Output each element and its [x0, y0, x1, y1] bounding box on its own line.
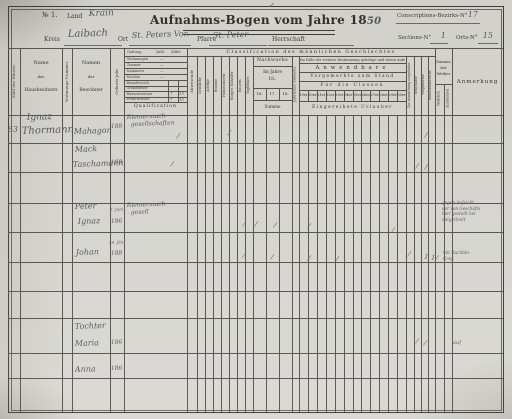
birth-year: 186: [111, 218, 123, 225]
nachwuchs-sub1: Im Jahre: [253, 70, 292, 75]
grid-line-horizontal: [435, 84, 452, 85]
age-class-header: 21er: [317, 93, 326, 97]
age-class-header: 27er: [370, 93, 379, 97]
grid-line-horizontal: [299, 63, 406, 64]
land-label: Land: [67, 13, 82, 20]
qual-footer: Qualification: [124, 104, 187, 109]
birth-year: 186: [111, 339, 123, 346]
qual-row-label: Küchen: [127, 75, 140, 79]
age-class-header: 30er: [397, 93, 406, 97]
tax-row-label: Grundsteuer: [127, 86, 148, 90]
owner-first-name: Ignaz: [27, 112, 53, 123]
anw-bottom: Eingereihete Urlauber: [299, 105, 406, 110]
age-class-header: 25er: [353, 93, 362, 97]
resident-name: Maria: [75, 338, 99, 348]
qual-row-label: Zimmer: [127, 63, 141, 67]
grid-line-horizontal: [253, 66, 292, 67]
grid-line-vertical: [308, 115, 309, 412]
grid-line-horizontal: [8, 232, 503, 233]
age-class-header: 28er: [379, 93, 388, 97]
age-class-header: 26er: [361, 93, 370, 97]
nachwuchs-col-18: 18.: [279, 91, 292, 96]
nachwuchs-col-17: 17.: [266, 91, 279, 96]
grid-line-horizontal: [124, 102, 187, 103]
col-header-absent: Abwesende: [187, 48, 197, 115]
check-mark: ✓: [268, 1, 275, 10]
weiber-col-2: Zusammen: [444, 86, 453, 112]
weiber-title-1: Summe: [435, 59, 452, 64]
ort-label: Ort: [118, 36, 128, 43]
rule: [430, 43, 448, 44]
age-class-header: 29er: [388, 93, 397, 97]
grid-line-horizontal: [8, 203, 503, 204]
note-line: der von Geschäfts: [442, 206, 480, 211]
tax-row-label: Erwerbsteuer: [127, 97, 150, 101]
owner-last-name: Thormann: [22, 124, 75, 137]
col-header-birthyear: Geburts-Jahr: [110, 48, 124, 115]
grid-line-vertical: [361, 115, 362, 412]
relation-label: Tochter: [75, 321, 106, 331]
grid-line-horizontal: [8, 48, 503, 49]
right-column-header: Zur Assentirung vorgeladen: [406, 58, 413, 112]
grid-line-horizontal: [253, 100, 292, 101]
herrschaft-label: Herrschaft: [272, 36, 305, 43]
nachwuchs-col-16: 16.: [253, 91, 266, 96]
rule: [129, 45, 191, 46]
col-header-owner-3: Hausbesitzers: [20, 88, 62, 93]
rule: [64, 45, 122, 46]
grid-line-vertical: [72, 48, 73, 412]
grid-line-vertical: [444, 84, 445, 412]
grid-line-vertical: [397, 115, 398, 412]
title-year: 50: [367, 16, 382, 27]
classification-title: Classification des männlichen Geschlecht…: [187, 50, 435, 55]
grid-line-vertical: [435, 48, 436, 412]
grid-line-horizontal: [8, 262, 503, 263]
weiber-title-2: der: [435, 65, 452, 70]
note-line: hier gestellt bei: [442, 211, 476, 216]
col-header-residents-3: Bewohner: [72, 88, 110, 93]
grid-line-vertical: [110, 48, 111, 412]
birth-date: 2. Juni: [110, 207, 123, 212]
tax-value-kr: 35: [179, 91, 184, 96]
category-column-header: Bürger, Künstler: [229, 58, 237, 113]
qual-head-2: Zahl: [156, 50, 164, 54]
tax-value-fl: 7: [170, 91, 173, 96]
occupation-line: gesell: [131, 208, 149, 216]
page-title: Aufnahms-Bogen vom Jahre 1850: [150, 13, 370, 27]
grid-line-horizontal: [299, 81, 406, 82]
resident-name: Mack: [75, 144, 98, 154]
note-line: mit Buchbin-: [443, 250, 470, 255]
anw-smallprint: Im Falle der weitern Bestimmung gehörige…: [300, 58, 405, 62]
land-value: Krain: [89, 8, 114, 19]
rule: [478, 43, 498, 44]
qual-row-label: Wohnungen: [127, 57, 148, 61]
kreis-value: Laibach: [68, 28, 109, 40]
birth-year: 188: [111, 250, 123, 257]
grid-line-horizontal: [8, 318, 503, 319]
grid-line-vertical: [253, 56, 254, 412]
grid-line-vertical: [379, 115, 380, 412]
sections-label: Sections-N°: [398, 35, 431, 41]
qual-row-value: —: [160, 75, 164, 79]
qual-row-label: Kammern: [127, 69, 144, 73]
conscription-label: Conscriptions-Bezirks-N°: [397, 13, 468, 19]
right-column-header: Vorgemerkte: [420, 58, 427, 112]
sections-value: 1: [441, 31, 446, 40]
category-column-header: Geistliche: [197, 58, 205, 113]
category-column-header: Adelige: [205, 58, 213, 113]
orts-label: Orts-N°: [456, 35, 478, 41]
census-form-page: № 1. Land Krain ✓ Aufnahms-Bogen vom Jah…: [0, 0, 512, 419]
grid-line-horizontal: [8, 291, 503, 292]
weiber-title-3: Weiber: [435, 71, 452, 76]
grid-line-vertical: [266, 115, 267, 412]
nachwuchs-summe: Summe: [253, 104, 292, 109]
resident-name: Ignaz: [78, 216, 101, 226]
grid-line-horizontal: [299, 101, 406, 102]
grid-line-vertical: [452, 48, 453, 412]
category-column-header: Taglöhner: [245, 58, 253, 113]
grid-line-vertical: [299, 56, 300, 412]
kreis-label: Kreis: [44, 36, 60, 43]
conscription-value: 17: [468, 10, 478, 19]
anmerkung-header: Anmerkung: [452, 79, 503, 85]
right-column-header: Beurlaubte: [413, 58, 420, 112]
rule: [209, 45, 267, 46]
resident-name: Anna: [75, 364, 96, 374]
grid-line-horizontal: [299, 90, 406, 91]
birth-year: 188: [111, 159, 123, 166]
tax-value-fl: 7: [170, 97, 173, 102]
nachwuchs-sub2: 18..: [253, 77, 292, 82]
right-column-header: Bemerkenswerthe: [427, 58, 434, 112]
grid-line-horizontal: [8, 172, 503, 173]
grid-line-vertical: [335, 115, 336, 412]
grid-line-horizontal: [299, 72, 406, 73]
grid-line-vertical: [279, 88, 280, 100]
qual-row-value: —: [160, 63, 164, 67]
title-text: Aufnahms-Bogen vom Jahre 18: [150, 13, 367, 27]
grid-line-vertical: [20, 48, 21, 412]
birth-date: 29. Jän.: [109, 239, 125, 245]
grid-line-vertical: [326, 115, 327, 412]
category-column-header: Beamte: [213, 58, 221, 113]
remark-note: auf: [453, 341, 461, 347]
house-number: 63: [8, 125, 18, 134]
anw-line2: Vorgemerkte zum Stand: [299, 74, 406, 79]
grid-line-vertical: [344, 115, 345, 412]
tax-row-label: Brandversich.: [127, 81, 150, 85]
col-header-dwelling: Wohnungs-Nummer: [62, 48, 72, 115]
anw-line3: Für die Classen: [299, 83, 406, 88]
tally-mark: 1/: [430, 254, 438, 263]
form-number: № 1.: [42, 11, 58, 19]
grid-line-vertical: [388, 115, 389, 412]
grid-line-vertical: [292, 56, 293, 412]
tax-row-label: Hauszinssteuer: [127, 92, 153, 96]
grid-line-horizontal: [8, 378, 503, 379]
grid-line-vertical: [266, 88, 267, 100]
grid-line-horizontal: [8, 143, 503, 144]
tax-value-kr: 35: [179, 97, 184, 102]
age-class-header: 22er: [326, 93, 335, 97]
grid-line-vertical: [187, 48, 188, 412]
resident-name: Johan: [76, 247, 99, 257]
resident-name: Mahagon: [74, 126, 112, 136]
grid-line-horizontal: [124, 56, 435, 57]
col-header-residents-2: der: [72, 74, 110, 79]
col-header-zuwachs: Jährlicher Zuwachs: [292, 56, 299, 113]
qual-head-1: Gattung: [127, 50, 141, 54]
birth-year: 188: [111, 123, 123, 130]
title-underline: [183, 30, 335, 35]
orts-value: 15: [483, 31, 493, 40]
col-header-houses: Zahl der Häuser: [8, 48, 20, 115]
qual-head-3: Ziffer: [171, 50, 181, 54]
age-class-header: 20er: [308, 93, 317, 97]
grid-line-vertical: [62, 48, 63, 412]
grid-line-vertical: [370, 115, 371, 412]
note-line: mitgetheilt: [442, 217, 465, 222]
grid-line-vertical: [353, 115, 354, 412]
rule: [396, 23, 480, 24]
grid-line-vertical: [279, 115, 280, 412]
rule: [268, 45, 354, 46]
age-class-header: 24er: [344, 93, 353, 97]
qual-row-value: —: [160, 57, 164, 61]
category-column-header: Bauern: [237, 58, 245, 113]
birth-year: 186: [111, 365, 123, 372]
age-class-header: 23er: [335, 93, 344, 97]
weiber-col-1: Weiblich: [435, 86, 444, 112]
anw-title: Anwendbare: [299, 65, 406, 71]
pfarre-value: St. Peter: [213, 30, 249, 40]
nachwuchs-title: Nachwuchs: [253, 58, 292, 63]
qual-row-value: —: [160, 69, 164, 73]
col-header-owner-1: Name: [20, 60, 62, 66]
age-class-header: 19er: [299, 93, 308, 97]
col-header-residents-1: Namen: [72, 60, 110, 66]
grid-line-horizontal: [253, 88, 292, 89]
col-header-owner-2: des: [20, 74, 62, 79]
category-column-header: Honoratioren: [221, 58, 229, 113]
grid-line-horizontal: [8, 353, 503, 354]
grid-line-horizontal: [8, 115, 503, 116]
grid-line-vertical: [317, 115, 318, 412]
